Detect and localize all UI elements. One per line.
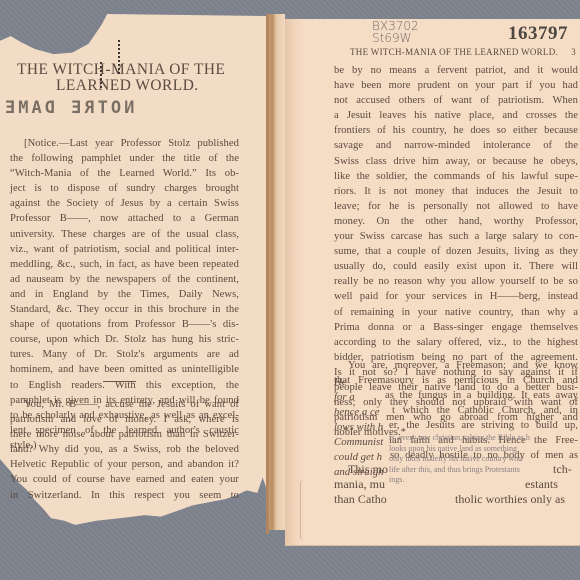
text-line: the following pamphlet under the title o…: [10, 151, 239, 166]
page-number: 3: [571, 47, 576, 57]
text-line: viz., want of patriotism, social and pol…: [10, 242, 239, 257]
text-line: frontiers of his country, he does so eit…: [334, 123, 578, 138]
page-gutter: [268, 14, 285, 530]
text-line: well paid for your services in H——berg, …: [334, 289, 578, 304]
text-line: riors. It is not money that induces the …: [334, 184, 578, 199]
offset-text-line: is, every true christian, taking the Bib…: [389, 433, 569, 444]
pencil-call-number: BX3702 St69W: [372, 20, 419, 44]
text-line: land? Why did you, as a Swiss, rob the b…: [10, 442, 239, 457]
right-page-fold: [285, 19, 305, 545]
text-line: your Swiss carcase has such a large sala…: [334, 229, 578, 244]
text-line: of remaining in your native country, tha…: [334, 305, 578, 320]
offset-text-line: looks upon his native land as something: [389, 444, 569, 455]
running-head-title: THE WITCH-MANIA OF THE LEARNED WORLD.: [350, 47, 558, 57]
offset-text-line: life after this, and thus brings Protest…: [389, 465, 569, 476]
text-line: as the fungus in a building. It eats awa…: [385, 388, 578, 403]
perforated-library-stamp: NOTRE DAME: [2, 98, 134, 118]
pasted-paper-fragment: is, every true christian, taking the Bib…: [389, 433, 569, 501]
text-line: “Witch-Mania of the Learned World.” Its …: [10, 166, 239, 181]
call-number-line-2: St69W: [372, 32, 419, 44]
text-line: not accused others of want of patriotism…: [334, 93, 578, 108]
text-line: in Switzerland. In this respect you seem…: [10, 488, 239, 503]
offset-text-line: only likes to deify his native country w…: [389, 454, 569, 465]
text-line: there more noise about patriotism than i…: [10, 427, 239, 442]
text-line: university. These charges are of the usu…: [10, 227, 239, 242]
text-line: sume, that a couple of dozen Jesuits, li…: [334, 244, 578, 259]
text-line: like the soldier, the commands of his la…: [334, 169, 578, 184]
text-line: against the Society of Jesus by a certai…: [10, 196, 239, 211]
text-line: patriotism and love of money. I ask, whe…: [10, 412, 239, 427]
text-line: savage and narrow-minded intolerance of …: [334, 138, 578, 153]
paper-crease: [300, 480, 361, 540]
text-line: really be no reason why you allow yourse…: [334, 274, 578, 289]
chapter-title-line-2: LEARNED WORLD.: [56, 77, 199, 95]
accession-number-stamp: 163797: [508, 23, 568, 45]
text-line: t which the Catholic Church, and, in: [392, 403, 578, 418]
text-line: Prima donna or a Bass-singer engage them…: [334, 320, 578, 335]
text-line: Swiss class drive him away, or because h…: [334, 154, 578, 169]
text-line: Standard, &c. They occur in this brochur…: [10, 302, 239, 317]
page-edge: [266, 14, 269, 534]
text-line: and in England by the Times, Daily News,: [10, 287, 239, 302]
running-head: THE WITCH-MANIA OF THE LEARNED WORLD. 3: [350, 47, 576, 57]
text-line: You, Mr. B——, accuse the Jesuits of want…: [10, 397, 239, 412]
text-line: You are, moreover, a Freemason; and we k…: [348, 358, 578, 373]
text-line: Helvetic Republic of your person, and ab…: [10, 457, 239, 472]
footnote-fragment: lows with h: [334, 420, 384, 435]
text-line: meddling, &c., such, in fact, as have be…: [10, 257, 239, 272]
text-line: ject is to dispose of sundry charges bro…: [10, 181, 239, 196]
text-line: to English readers. With this exception,…: [10, 378, 239, 393]
footnote-fragment: for a: [334, 390, 384, 405]
body-paragraph: You, Mr. B——, accuse the Jesuits of want…: [10, 397, 239, 503]
text-line: be by no means a fervent patriot, and it…: [334, 63, 578, 78]
text-line: according to the salary offered, viz., t…: [334, 335, 578, 350]
text-line: Professor B——, now attached to a German: [10, 211, 239, 226]
text-line: leave; for he is personally not allowed …: [334, 199, 578, 214]
text-line: shape of quotations from Professor B——'s…: [10, 317, 239, 332]
right-paragraph-2-body: er, the Jesuits are striving to build up…: [389, 418, 578, 433]
text-line: course, upon which Dr. Stolz has hung hi…: [10, 332, 239, 347]
text-line: hominem, and have been omitted as uninte…: [10, 362, 239, 377]
text-line: have been more prudent on your part if y…: [334, 78, 578, 93]
text-line: [Notice.—Last year Professor Stolz publi…: [10, 136, 239, 151]
footnote-fragment: hence a ce: [334, 405, 384, 420]
text-line: usually do, could easily exist upon it. …: [334, 259, 578, 274]
footnote-fragment: Communist: [334, 435, 384, 450]
text-line: a Jesuit leaves his native place, and cr…: [334, 108, 578, 123]
offset-text-line: ings.: [389, 475, 569, 486]
text-line: er, the Jesuits are striving to build up…: [389, 418, 578, 433]
text-line: ad nauseam by the newspapers of the cont…: [10, 272, 239, 287]
right-paragraph-2-top: You are, moreover, a Freemason; and we k…: [348, 358, 578, 373]
right-paragraph-2-body: t which the Catholic Church, and, in: [392, 403, 578, 418]
section-divider: [103, 381, 136, 382]
right-paragraph-2-body: as the fungus in a building. It eats awa…: [385, 388, 578, 403]
text-line: tures. Many of Dr. Stolz's arguments are…: [10, 347, 239, 362]
text-line: You could of course have earned and eate…: [10, 472, 239, 487]
footnote-fragment: He: [334, 375, 384, 390]
text-line: money. On the other hand, worthy Profess…: [334, 214, 578, 229]
